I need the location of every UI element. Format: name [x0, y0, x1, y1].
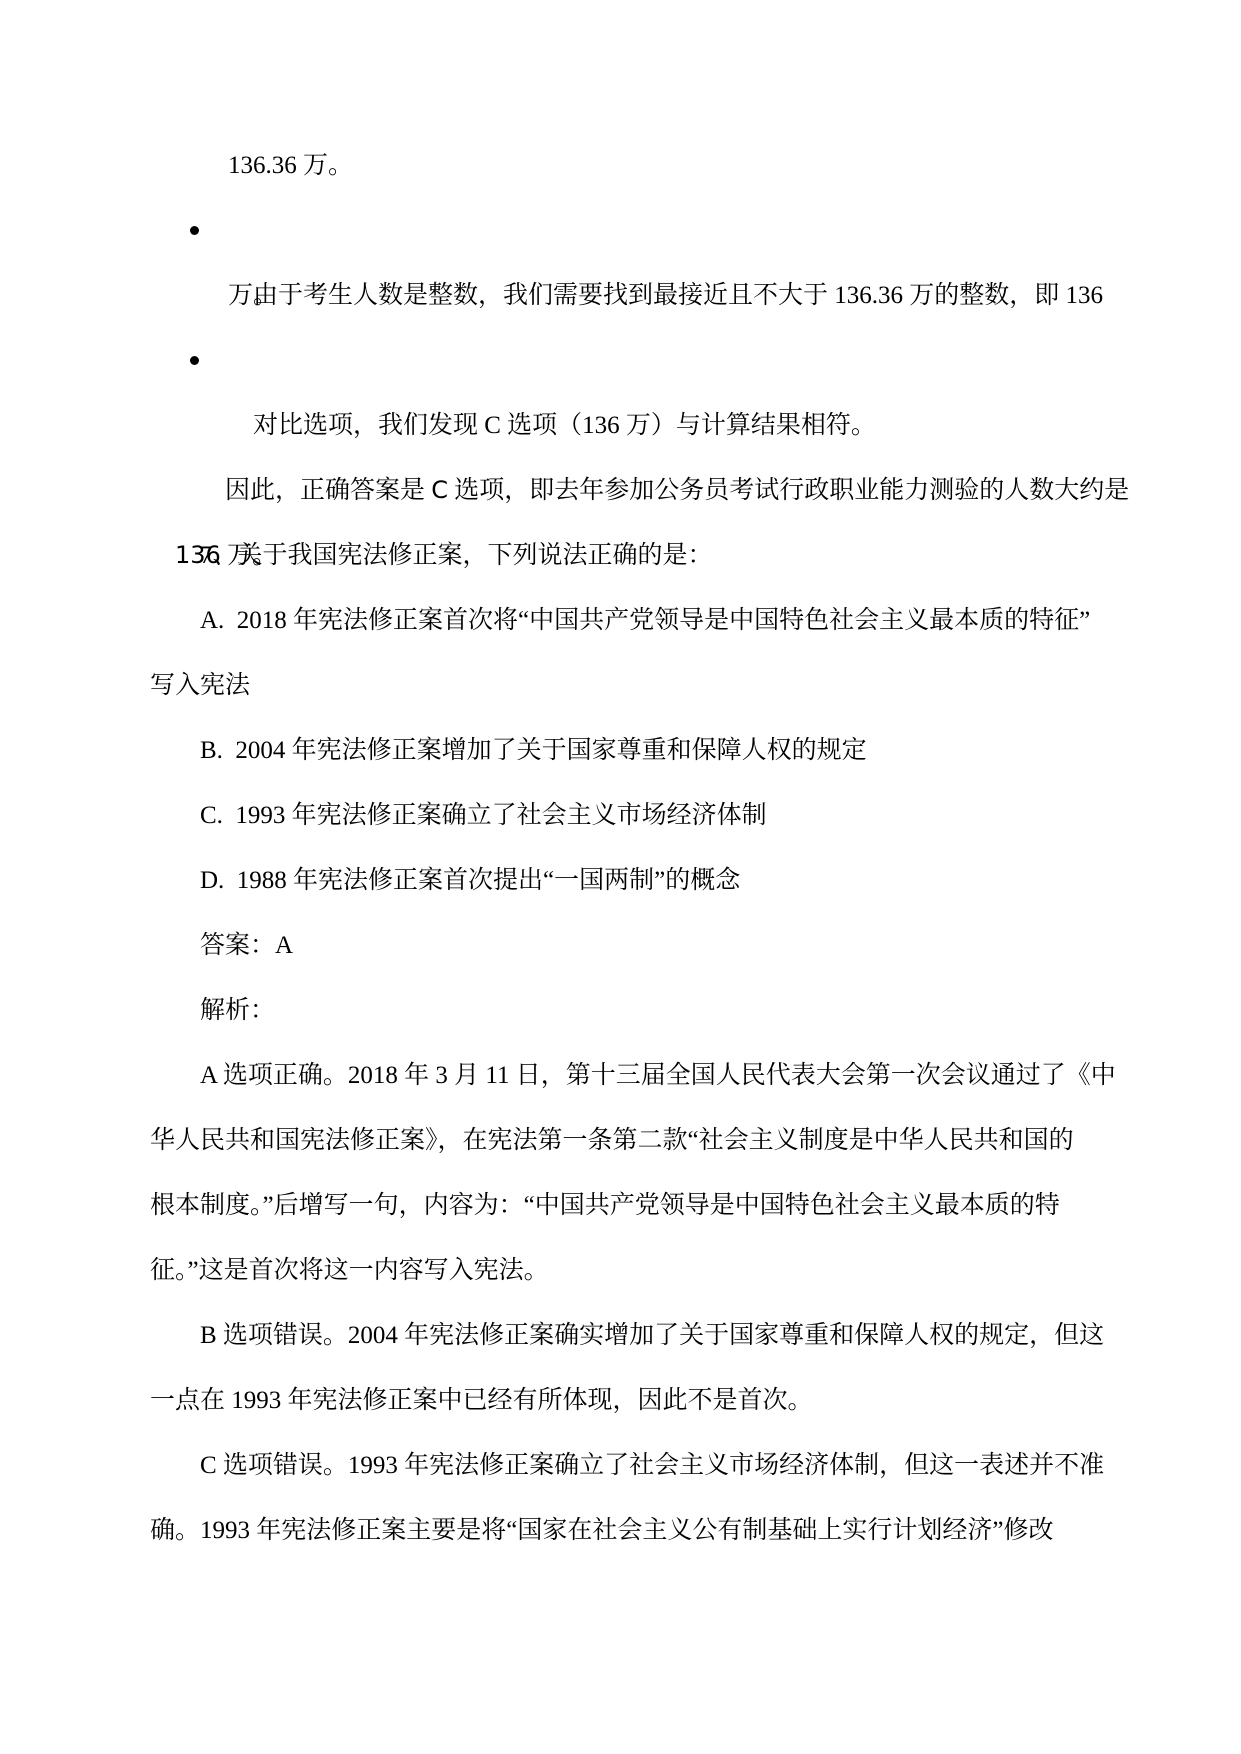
- option-d-line: D. 1988 年宪法修正案首次提出“一国两制”的概念: [200, 848, 740, 913]
- analysis-b-line-2: 一点在 1993 年宪法修正案中已经有所体现，因此不是首次。: [150, 1368, 813, 1433]
- analysis-a-line-1: A 选项正确。2018 年 3 月 11 日，第十三届全国人民代表大会第一次会议…: [200, 1043, 1116, 1108]
- question-7-stem: 7、关于我国宪法修正案，下列说法正确的是：: [200, 523, 713, 588]
- bullet-item-3-line: 对比选项，我们发现 C 选项（136 万）与计算结果相符。: [228, 328, 876, 393]
- bullet-icon: [190, 356, 199, 365]
- bullet-item-2-line-1: 由于考生人数是整数，我们需要找到最接近且不大于 136.36 万的整数，即 13…: [228, 198, 1103, 263]
- conclusion-answer-letter: C: [431, 476, 448, 504]
- analysis-label: 解析：: [200, 978, 275, 1043]
- analysis-a-line-4: 征。”这是首次将这一内容写入宪法。: [150, 1238, 549, 1303]
- bullet-1-continuation-line: 136.36 万。: [228, 133, 353, 198]
- conclusion-line-2: 136 万。: [150, 458, 277, 523]
- bullet-icon: [190, 226, 199, 235]
- conclusion-line-1: 因此，正确答案是 C 选项，即去年参加公务员考试行政职业能力测验的人数大约是: [200, 393, 1129, 458]
- analysis-a-line-2: 华人民共和国宪法修正案》，在宪法第一条第二款“社会主义制度是中华人民共和国的: [150, 1108, 1074, 1173]
- option-a-line-2: 写入宪法: [150, 653, 250, 718]
- answer-line: 答案：A: [200, 913, 293, 978]
- analysis-c-line-2: 确。1993 年宪法修正案主要是将“国家在社会主义公有制基础上实行计划经济”修改: [150, 1498, 1053, 1563]
- bullet-item-2-text: 由于考生人数是整数，我们需要找到最接近且不大于 136.36 万的整数，即 13…: [253, 282, 1103, 309]
- option-a-line-1: A. 2018 年宪法修正案首次将“中国共产党领导是中国特色社会主义最本质的特征…: [200, 588, 1090, 653]
- analysis-b-line-1: B 选项错误。2004 年宪法修正案确实增加了关于国家尊重和保障人权的规定，但这: [200, 1303, 1104, 1368]
- bullet-item-2-line-2: 万。: [228, 263, 278, 328]
- analysis-a-line-3: 根本制度。”后增写一句，内容为：“中国共产党领导是中国特色社会主义最本质的特: [150, 1173, 1060, 1238]
- option-b-line: B. 2004 年宪法修正案增加了关于国家尊重和保障人权的规定: [200, 718, 867, 783]
- option-c-line: C. 1993 年宪法修正案确立了社会主义市场经济体制: [200, 783, 767, 848]
- analysis-c-line-1: C 选项错误。1993 年宪法修正案确立了社会主义市场经济体制，但这一表述并不准: [200, 1433, 1104, 1498]
- document-page: 136.36 万。 由于考生人数是整数，我们需要找到最接近且不大于 136.36…: [0, 0, 1241, 1754]
- conclusion-text-post: 选项，即去年参加公务员考试行政职业能力测验的人数大约是: [448, 477, 1129, 504]
